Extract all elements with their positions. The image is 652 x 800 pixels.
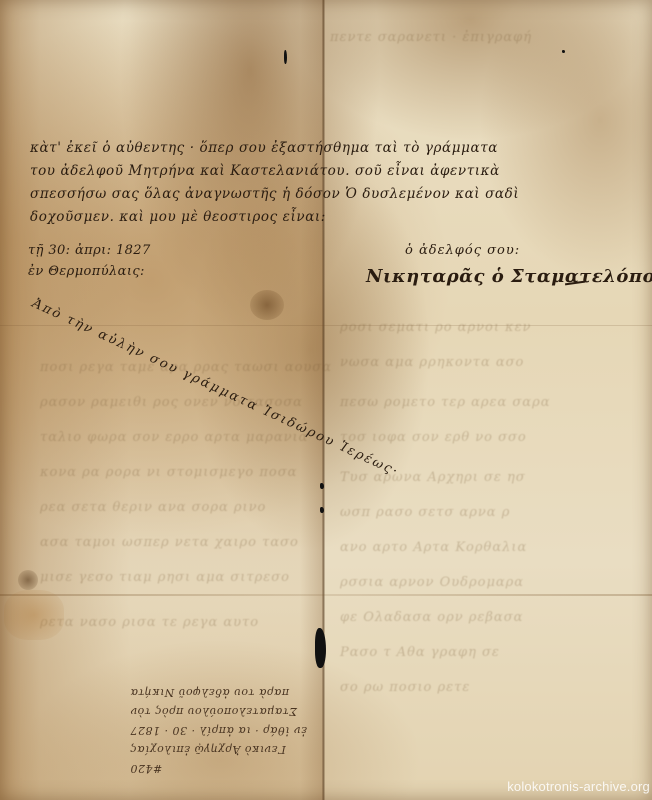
paper-tear	[315, 628, 326, 668]
signature: Νικηταρᾶς ὁ Σταματελόπουλος	[366, 266, 652, 287]
bleed-through-text: Τυσ αρωνα Αρχηρι σε ησ	[340, 470, 526, 485]
ink-stain	[18, 570, 38, 590]
ink-stain	[250, 290, 284, 320]
letter-closing: ὁ ἀδελφός σου:	[405, 243, 520, 258]
bleed-through-text: φε Ολαδασα ορν ρεβασα	[340, 610, 523, 625]
letter-date: τῇ 30: ἀπρι: 1827	[28, 243, 151, 258]
paper-hole	[320, 483, 324, 489]
bleed-through-text: πεντε σαρανετι · ἐπιγραφή	[330, 30, 532, 45]
archive-watermark: kolokotronis-archive.org	[507, 779, 650, 794]
letter-body-line: κὰτ' ἐκεῖ ὁ αὐθεντης · ὅπερ σου ἐξαστήσθ…	[30, 140, 498, 156]
bleed-through-text: ρσσια αρνον Ουδρομαρα	[340, 575, 524, 590]
archival-docket: #420 Γενικὸ Ἀρχηγῷ ἐπιλοχίας ἐν ἰθάρ · ι…	[130, 680, 330, 775]
bleed-through-text: πεσω ρομετο τερ αρεα σαρα	[340, 395, 551, 410]
bleed-through-text: ροσι σεματι ρο αρνοι κεν	[340, 320, 531, 335]
docket-line: Γενικὸ Ἀρχηγῷ ἐπιλοχίας	[130, 743, 330, 756]
letter-place: ἐν Θερμοπύλαις:	[28, 264, 145, 279]
docket-line: ἐν ἰθάρ · ια ἀπρίλ · 30 · 1827	[130, 724, 330, 737]
bleed-through-text: τοσ ιοφα σον ερθ νο σσο	[340, 430, 527, 445]
paper-hole	[562, 50, 565, 53]
horizontal-fold-line	[0, 594, 652, 596]
water-stain	[4, 590, 64, 640]
letter-body-line: του ἀδελφοῦ Μητρήνα καὶ Καστελανιάτου. σ…	[30, 163, 500, 179]
bleed-through-text: ρεα σετα θεριν ανα σορα ρινο	[40, 500, 266, 515]
docket-line: παρὰ του ἀδελφοῦ Νικήτα	[130, 686, 330, 699]
bleed-through-text: κονα ρα ρορα νι στομισμεγο ποσα	[40, 465, 297, 480]
docket-line: Σταματελοπούλου πρὸς τὸν	[130, 705, 330, 718]
bleed-through-text: ωσπ ρασο σετσ αρνα ρ	[340, 505, 510, 520]
bleed-through-text: μισε γεσο τιαμ ρησι αμα σιτρεσο	[40, 570, 290, 585]
bleed-through-text: Ρασο τ Αθα γραφη σε	[340, 645, 500, 660]
bleed-through-text: σο ρω ποσιο ρετε	[340, 680, 470, 695]
bleed-through-text: ανο αρτο Αρτα Κορθαλια	[340, 540, 527, 555]
bleed-through-text: νωσα αμα ρρηκοντα ασο	[340, 355, 524, 370]
letter-body-line: δοχοῦσμεν. καὶ μου μὲ θεοστιρος εἶναι:	[30, 209, 326, 225]
bleed-through-text: ρετα νασο ρισα τε ρεγα αυτο	[40, 615, 259, 630]
bleed-through-text: ταλιο φωρα σον ερρο αρτα μαρανια	[40, 430, 308, 445]
paper-hole	[320, 507, 324, 513]
letter-body-line: σπεσσήσω σας ὅλας ἀναγνωστῆς ἡ δόσον Ὁ δ…	[30, 186, 519, 202]
bleed-through-text: ασα ταμοι ωσπερ νετα χαιρο τασο	[40, 535, 299, 550]
paper-hole	[284, 50, 287, 64]
archive-number: #420	[130, 762, 280, 775]
